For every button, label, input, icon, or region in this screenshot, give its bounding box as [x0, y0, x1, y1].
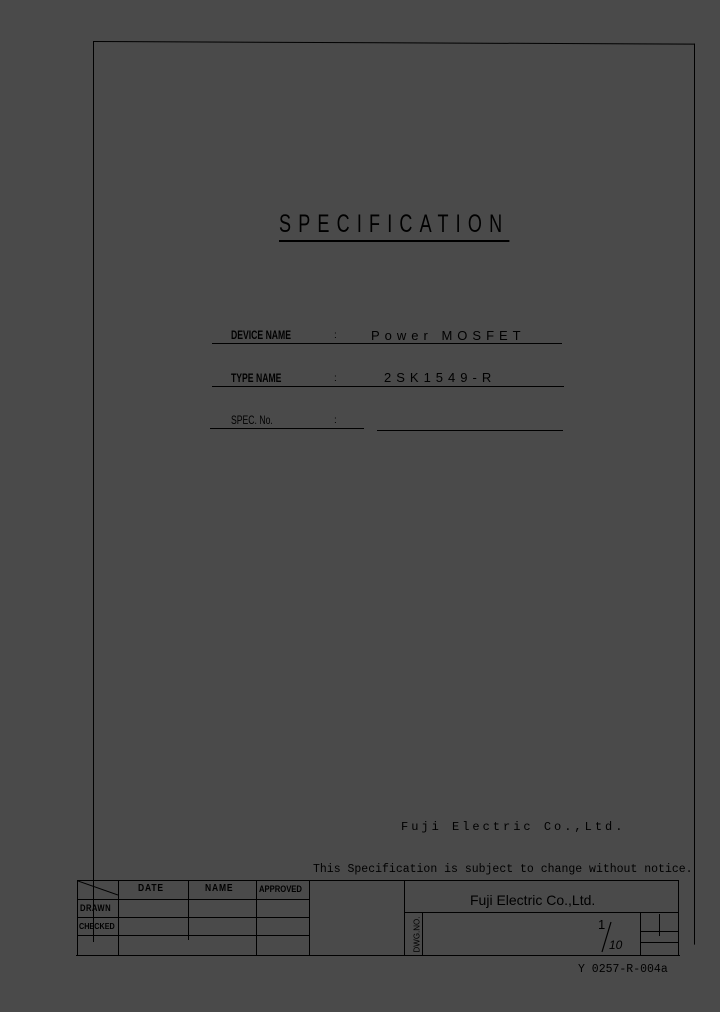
title-block-company: Fuji Electric Co.,Ltd. [470, 892, 595, 908]
header-approved: APPROVED [259, 884, 302, 894]
field-separator: : [334, 373, 337, 384]
field-separator: : [334, 330, 337, 341]
header-date: DATE [138, 883, 164, 894]
field-separator: : [334, 415, 337, 426]
field-label: TYPE NAME [231, 371, 281, 385]
diagonal-corner-line [78, 881, 118, 899]
field-label: DEVICE NAME [231, 328, 291, 342]
page-denominator: 10 [609, 938, 622, 952]
dwg-no-label: DWG.NO. [413, 917, 422, 953]
header-name: NAME [205, 883, 233, 894]
drawing-frame [93, 41, 695, 945]
notice-text: This Specification is subject to change … [313, 863, 693, 876]
company-signature: Fuji Electric Co.,Ltd. [401, 820, 625, 834]
field-label: SPEC. No. [231, 413, 273, 427]
row-checked: CHECKED [79, 921, 115, 931]
form-code: Y 0257-R-004a [578, 963, 668, 976]
field-value: Power MOSFET [371, 328, 526, 343]
row-drawn: DRAWN [80, 903, 111, 913]
field-value: 2SK1549-R [384, 370, 496, 385]
page-title: SPECIFICATION [279, 210, 509, 242]
